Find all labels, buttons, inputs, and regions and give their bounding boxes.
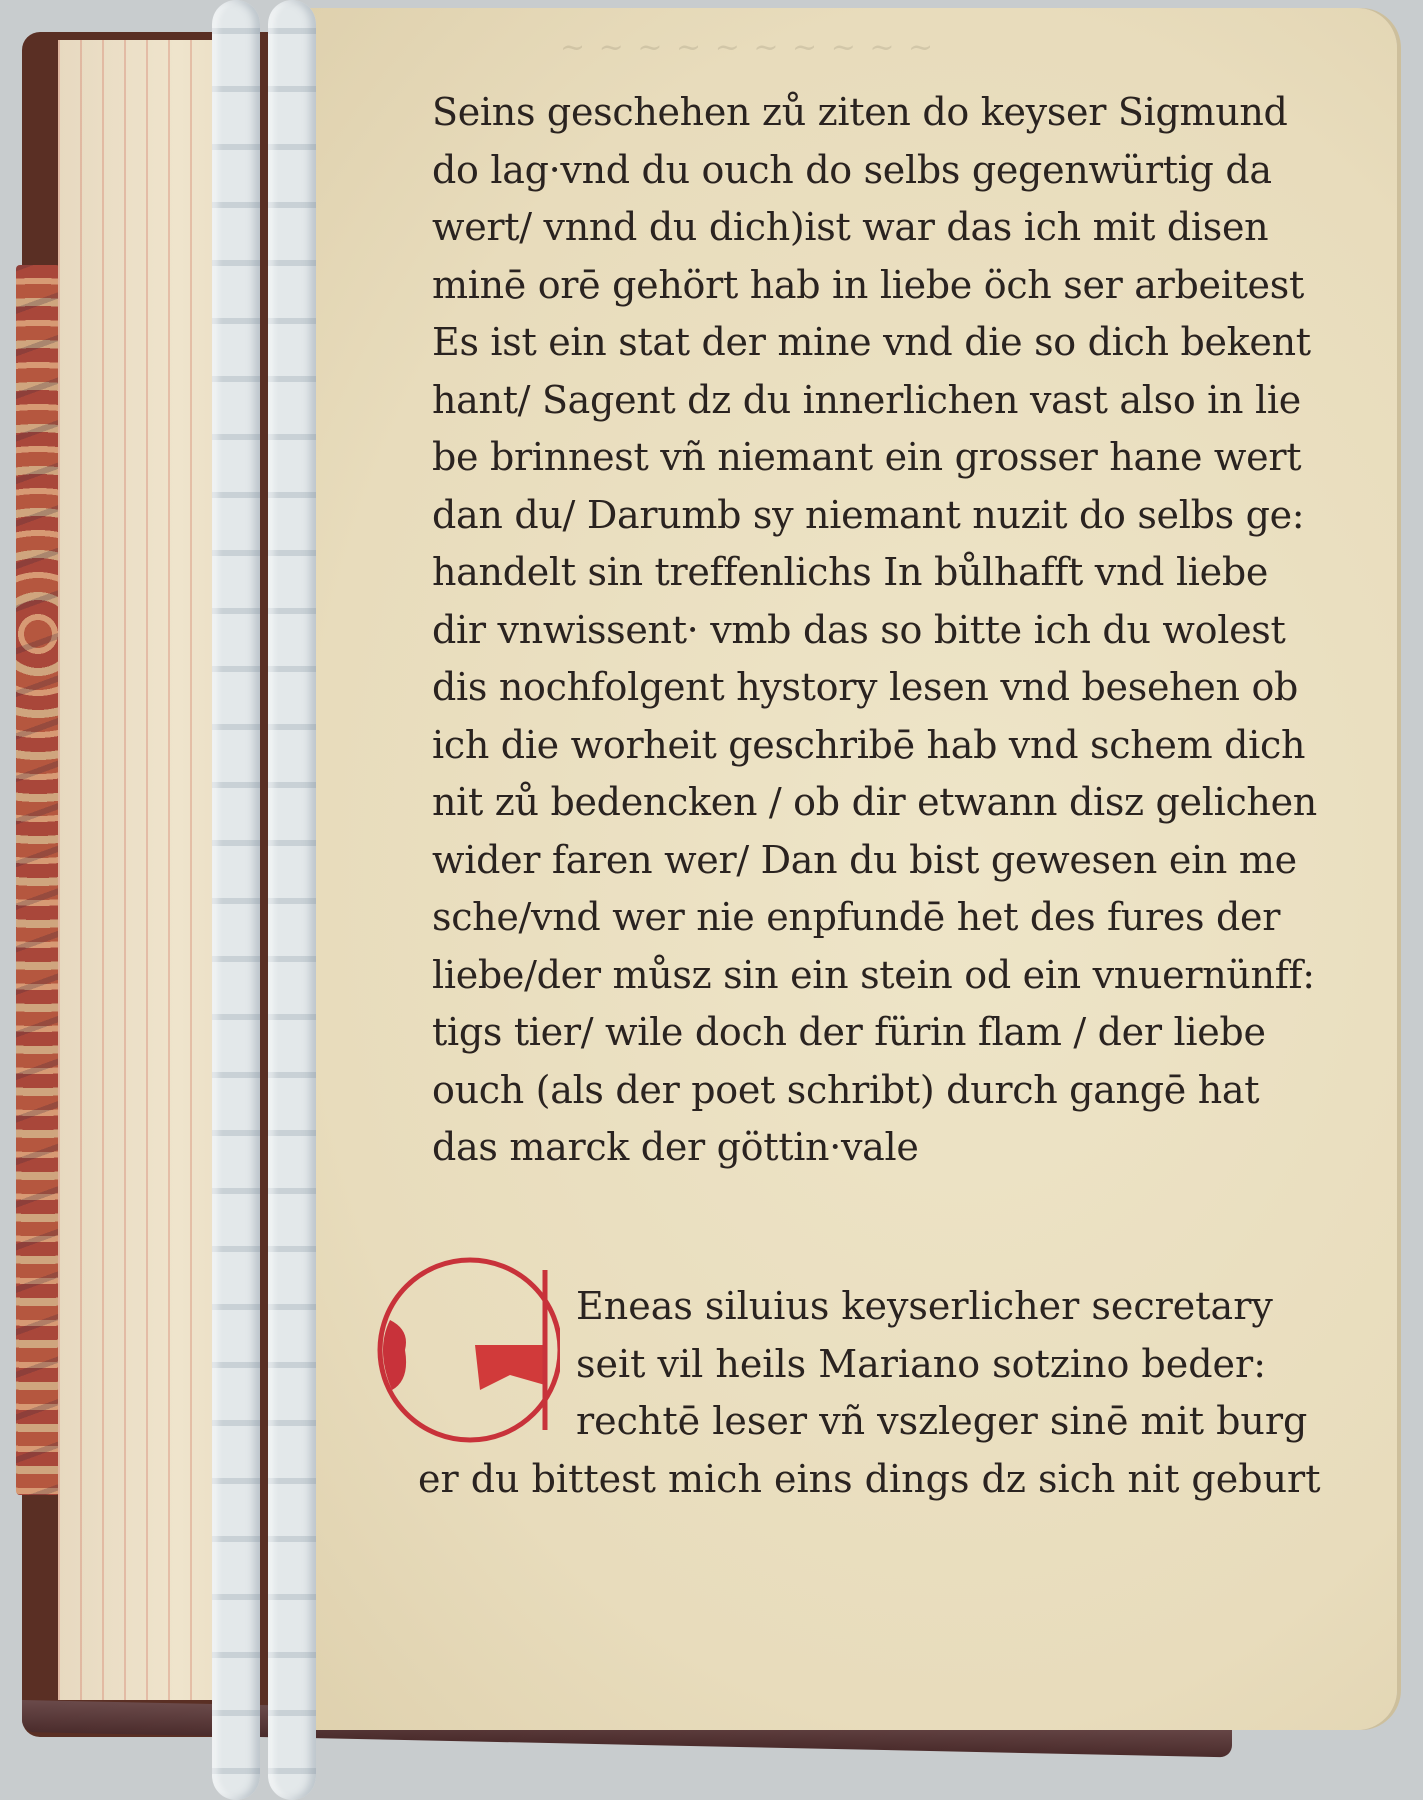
text-line: sche/vnd wer nie enpfundē het des fures … <box>432 889 1372 947</box>
page-weight-ribbon-right <box>268 0 316 1800</box>
page-weight-ribbon-left <box>212 0 260 1800</box>
text-line: dan du/ Darumb sy niemant nuzit do selbs… <box>432 487 1372 545</box>
text-line: dis nochfolgent hystory lesen vnd besehe… <box>432 659 1372 717</box>
text-line: be brinnest vñ niemant ein grosser hane … <box>432 429 1372 487</box>
text-line: hant/ Sagent dz du innerlichen vast also… <box>432 372 1372 430</box>
text-line: er du bittest mich eins dings dz sich ni… <box>418 1451 1378 1509</box>
text-line: tigs tier/ wile doch der fürin flam / de… <box>432 1004 1372 1062</box>
text-line: nit zů bedencken / ob dir etwann disz ge… <box>432 774 1372 832</box>
text-line: do lag·vnd du ouch do selbs gegenwürtig … <box>432 142 1372 200</box>
text-line: ich die worheit geschribē hab vnd schem … <box>432 717 1372 775</box>
text-section-1: Seins geschehen zů ziten do keyser Sigmu… <box>432 84 1372 1177</box>
text-line: Eneas siluius keyserlicher secretary <box>418 1278 1378 1336</box>
text-line: rechtē leser vñ vszleger sinē mit burg <box>418 1393 1378 1451</box>
text-line: ouch (als der poet schribt) durch gangē … <box>432 1062 1372 1120</box>
text-line: minē orē gehört hab in liebe öch ser arb… <box>432 257 1372 315</box>
marbled-cover-edge <box>16 265 60 1495</box>
bleed-through-text: ~ ~ ~ ~ ~ ~ ~ ~ ~ ~ <box>560 30 1260 60</box>
text-line: Seins geschehen zů ziten do keyser Sigmu… <box>432 84 1372 142</box>
text-section-2: Eneas siluius keyserlicher secretary sei… <box>418 1278 1378 1508</box>
text-line: das marck der göttin·vale <box>432 1119 1372 1177</box>
text-line: liebe/der můsz sin ein stein od ein vnue… <box>432 947 1372 1005</box>
text-line: Es ist ein stat der mine vnd die so dich… <box>432 314 1372 372</box>
text-line: seit vil heils Mariano sotzino beder: <box>418 1336 1378 1394</box>
text-line: handelt sin treffenlichs In bůlhafft vnd… <box>432 544 1372 602</box>
text-line: dir vnwissent· vmb das so bitte ich du w… <box>432 602 1372 660</box>
text-line: wert/ vnnd du dich)ist war das ich mit d… <box>432 199 1372 257</box>
text-line: wider faren wer/ Dan du bist gewesen ein… <box>432 832 1372 890</box>
